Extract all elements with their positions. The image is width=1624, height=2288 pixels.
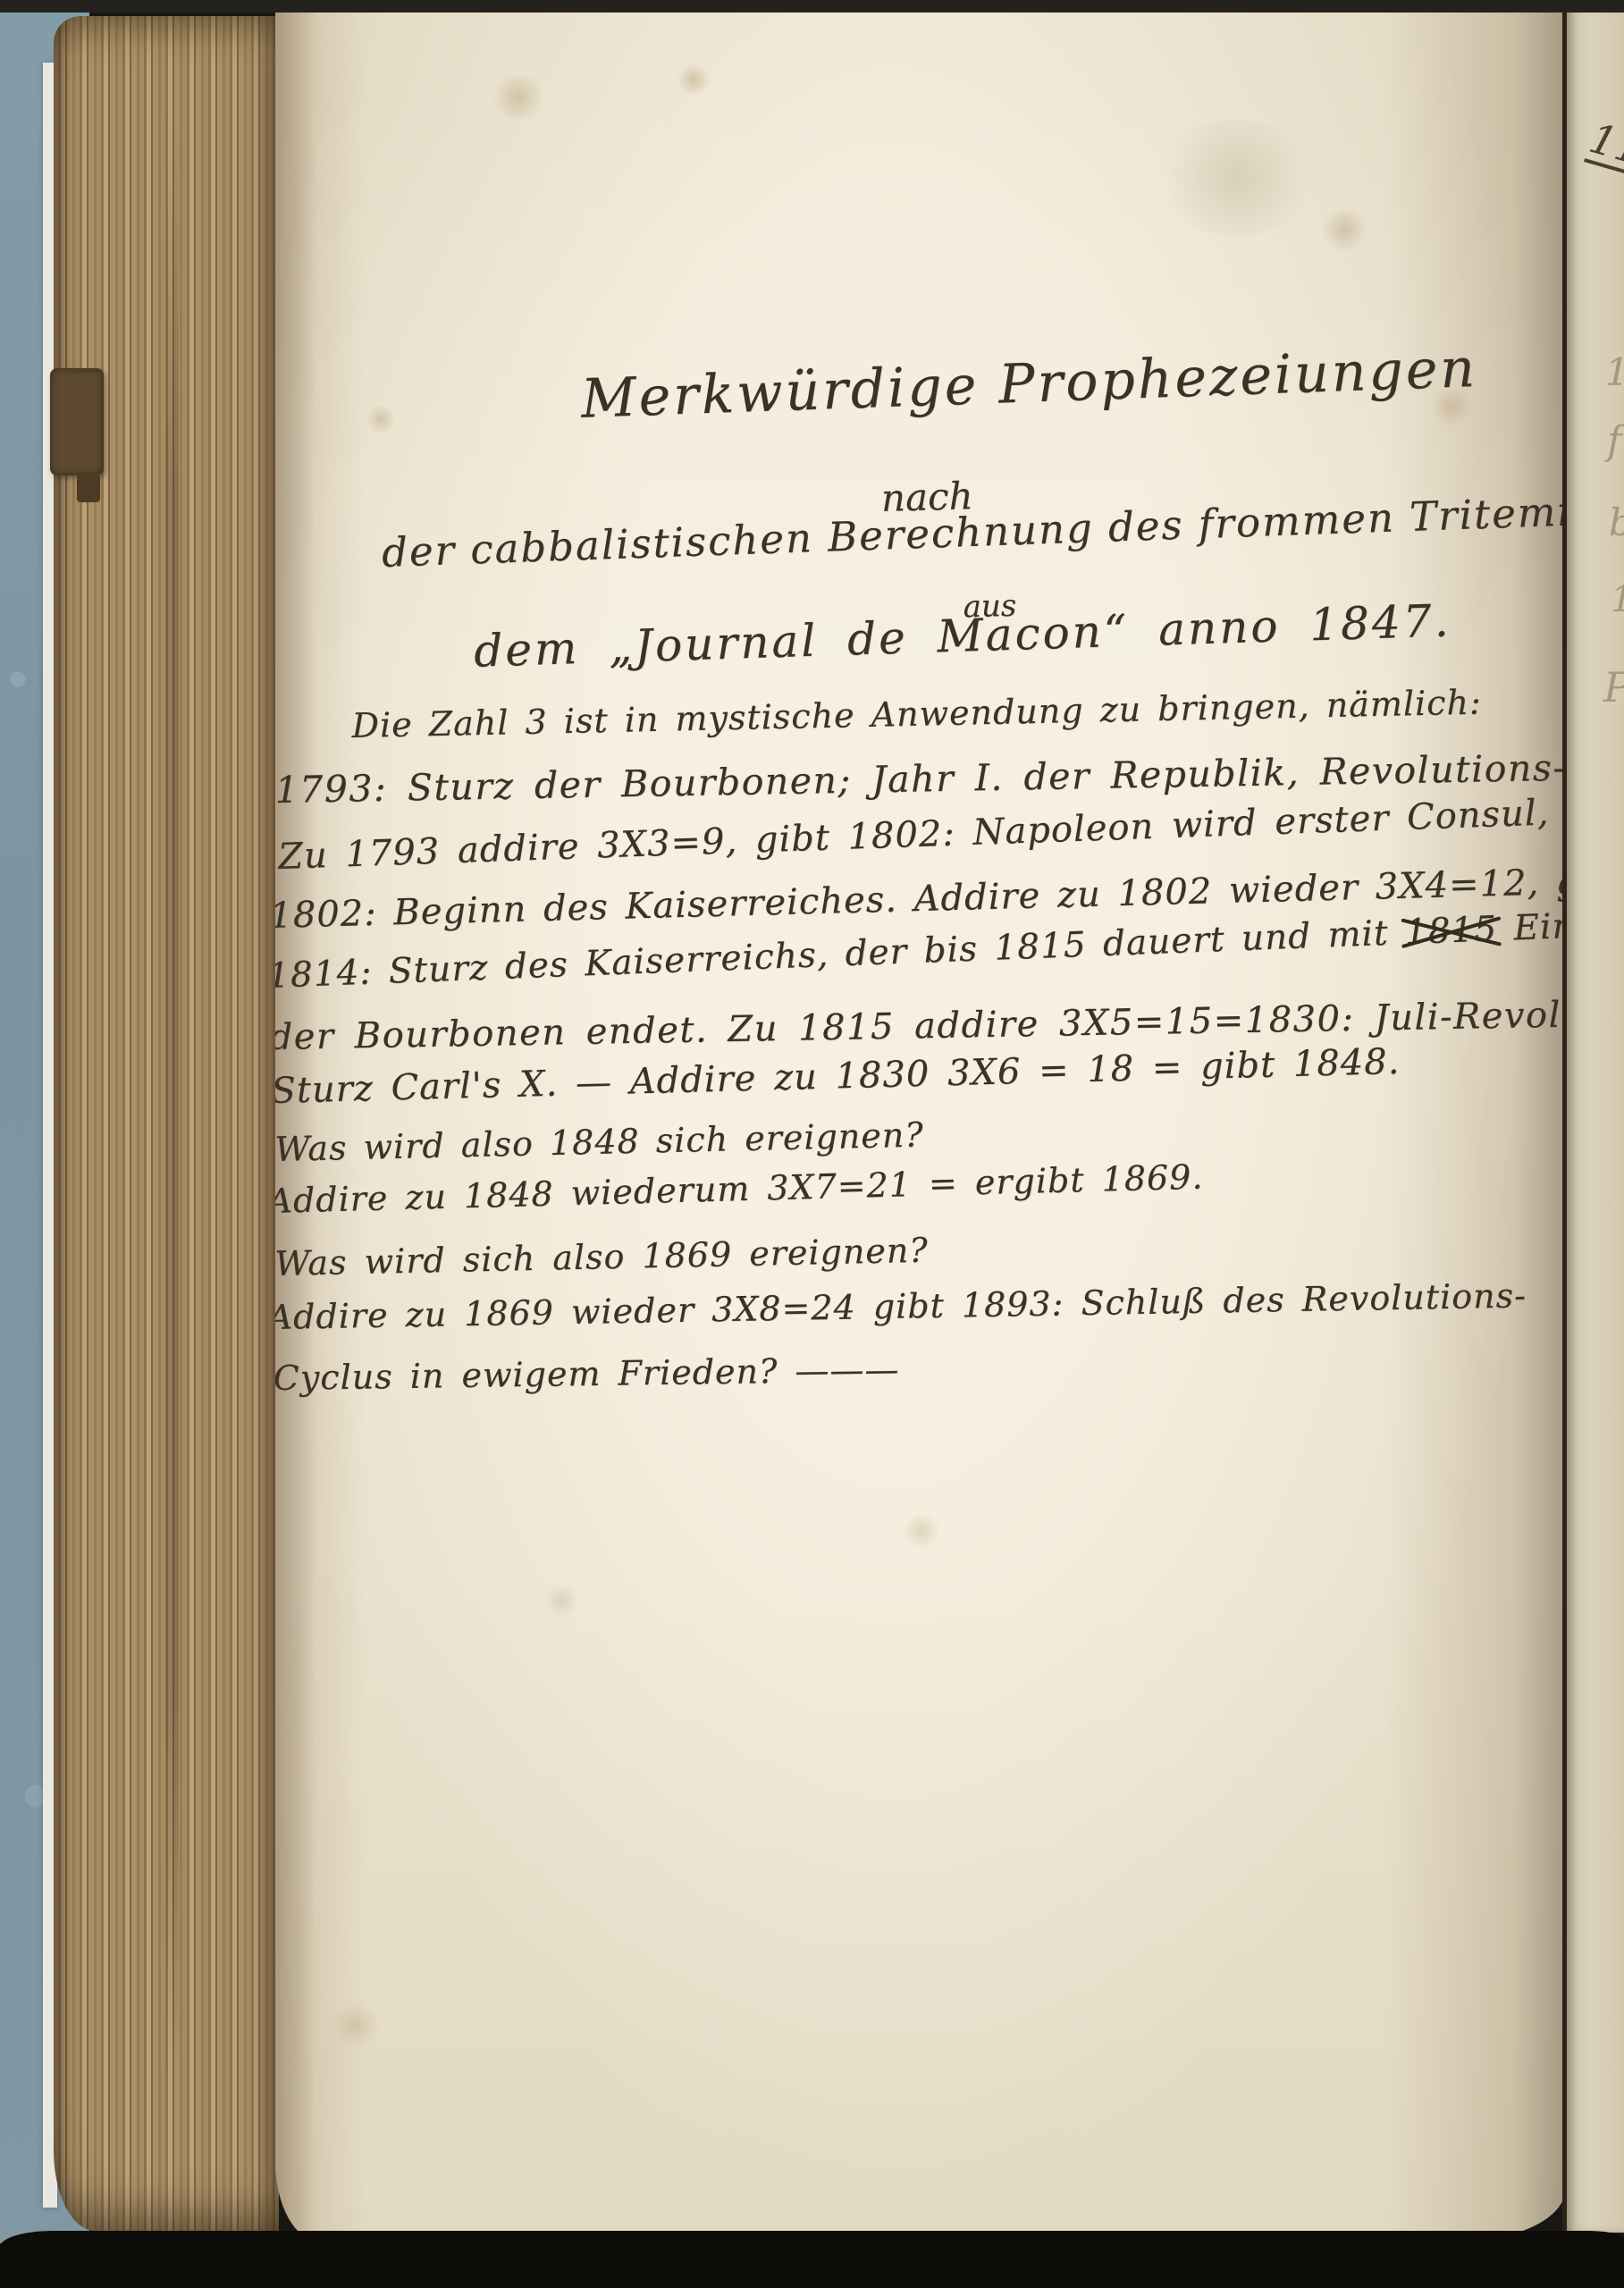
manuscript-line: Cyclus in ewigem Frieden? ——— [275, 1350, 900, 1398]
manuscript-page: Merkwürdige Prophezeiungen nach der cabb… [275, 13, 1566, 2242]
fore-edge-notch [77, 472, 100, 502]
foxing-stain [543, 1586, 579, 1616]
edge-text-fragment: 1 [1611, 579, 1624, 620]
edge-text-fragment: P [1603, 663, 1624, 711]
manuscript-line: Addire zu 1848 wiederum 3X7=21 = ergibt … [275, 1157, 1204, 1221]
title-line-1: Merkwürdige Prophezeiungen [577, 337, 1482, 431]
fore-edge-streak [166, 107, 179, 2073]
scanned-book-spread: Merkwürdige Prophezeiungen nach der cabb… [0, 0, 1624, 2288]
edge-text-fragment: 1 [1605, 350, 1624, 394]
edge-text-fragment: b [1609, 500, 1624, 544]
next-page-sliver [1567, 7, 1624, 2233]
foxing-stain [676, 64, 711, 95]
edge-text-fragment: f [1607, 418, 1621, 464]
manuscript-line: Addire zu 1869 wieder 3X8=24 gibt 1893: … [275, 1275, 1527, 1337]
page-left-curl-shadow [275, 13, 316, 2242]
line-segment: Einsetzung [1496, 901, 1566, 950]
manuscript-line: Die Zahl 3 ist in mystische Anwendung zu… [351, 683, 1482, 745]
foxing-stain [1319, 209, 1369, 250]
scan-background-top [0, 0, 1624, 13]
smudge-stain [1151, 120, 1321, 236]
scan-background-bottom [0, 2231, 1624, 2288]
leather-bookmark-tab [50, 368, 104, 475]
foxing-stain [365, 406, 397, 433]
manuscript-line: Was wird sich also 1869 ereignen? [275, 1231, 929, 1283]
foxing-stain [329, 2006, 383, 2047]
foxing-stain [901, 1514, 942, 1548]
struck-year: 1815 [1404, 909, 1498, 953]
foxing-stain [490, 75, 547, 120]
manuscript-line: Was wird also 1848 sich ereignen? [275, 1115, 924, 1169]
